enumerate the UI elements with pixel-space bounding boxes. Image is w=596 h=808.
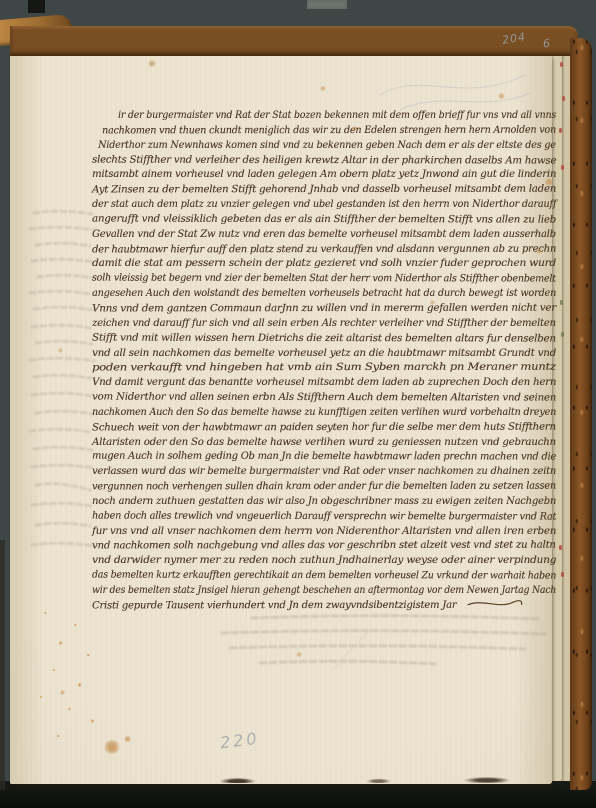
manuscript-line: wir des bemelten statz Jnsigel hieran ge… (92, 584, 556, 599)
gutter-shadow (0, 540, 5, 790)
manuscript-line: solh vleissig bet begern vnd zier der be… (92, 272, 556, 288)
foxing-stain (320, 86, 326, 91)
adjacent-page-number: 6 (542, 37, 550, 51)
green-edge-mark (560, 300, 563, 305)
foxing-stain (148, 60, 156, 67)
red-edge-mark (561, 572, 564, 577)
manuscript-line: Vnd damit vergunt das benantte vorheusel… (92, 376, 556, 391)
manuscript-line: Ayt Zinsen zu der bemelten Stifft gehore… (92, 183, 556, 199)
foxing-stain (498, 93, 505, 99)
manuscript-line: damit die stat am pessern schein der pla… (92, 257, 556, 272)
manuscript-line: vnd all sein nachkomen das bemelte vorhe… (92, 347, 556, 362)
red-edge-mark (559, 128, 562, 133)
foxing-stain (124, 736, 131, 742)
manuscript-line: slechts Stiffther vnd verleiher des heil… (92, 153, 556, 169)
foxing-stain (536, 248, 542, 254)
manuscript-line: nachkomen vnd thuen ckundt meniglich das… (92, 123, 556, 139)
line-end-flourish (466, 598, 524, 608)
red-edge-mark (560, 62, 563, 67)
red-edge-mark (562, 96, 565, 101)
red-edge-mark (559, 545, 562, 550)
manuscript-line: ir der burgermaister vnd Rat der Stat bo… (92, 109, 556, 124)
manuscript-line: zeichen vnd darauff fur sich vnd all sei… (92, 317, 556, 332)
foxing-stain (430, 300, 435, 305)
manuscript-line: der stat auch dem platz zu vnzier gelege… (92, 198, 556, 213)
manuscript-line: Altaristen oder den So das bemelte hawse… (92, 436, 556, 451)
book-bottom-shadow (0, 781, 596, 808)
manuscript-line: Gevallen vnd der Stat Zw nutz vnd eren d… (92, 228, 556, 243)
manuscript-line: angerufft vnd vleissiklich gebeten das e… (92, 212, 556, 228)
manuscript-line: Niderthor zum Newnhaws komen sind vnd zu… (92, 139, 556, 154)
manuscript-line: verlassen wurd das wir bemelte burgermai… (92, 465, 556, 480)
page-bottom-edge (10, 774, 552, 783)
manuscript-line: nachkomen Auch den So das bemelte hawse … (92, 406, 556, 421)
manuscript-line: fur vns vnd all vnser nachkomen dem herr… (92, 525, 556, 540)
text-block: ir der burgermaister vnd Rat der Stat bo… (92, 109, 556, 617)
green-edge-mark (561, 332, 564, 337)
manuscript-line: der haubtmawr hierfur auff den platz ste… (92, 242, 556, 258)
foxing-stain (545, 178, 553, 186)
manuscript-line: Schuech weit von der hawbtmawr an paiden… (92, 420, 556, 436)
foxing-stain (58, 348, 63, 353)
foxing-speckle-cluster (28, 598, 114, 748)
manuscript-line: noch andern zuthuen gestatten das wir al… (92, 495, 556, 510)
manuscript-line: Vnns vnd dem gantzen Commaun darJnn zu w… (92, 302, 556, 318)
leather-fore-edge (570, 38, 592, 790)
foxing-stain (352, 126, 357, 131)
manuscript-line: mitsambt ainem vorheusel vnd laden geleg… (92, 168, 556, 183)
red-edge-mark (561, 165, 564, 170)
manuscript-line: das bemelten kurtz erkaufften gerechtika… (92, 569, 556, 585)
manuscript-line: vom Niderthor vnd allen seinen erbn Als … (92, 391, 556, 407)
manuscript-line: vnd nachkomen solh nachgebung vnd alles … (92, 539, 556, 555)
manuscript-line: mugen Auch in solhem geding Ob man Jn di… (92, 450, 556, 466)
manuscript-line: Cristi gepurde Tausent vierhundert vnd J… (92, 598, 556, 614)
showthrough-below-text (140, 612, 550, 676)
manuscript-line: angesehen Auch den wolstandt des bemelte… (92, 287, 556, 302)
tape-fragment (307, 0, 347, 9)
manuscript-line: poden verkaufft vnd hingeben hat vmb ain… (92, 361, 556, 377)
manuscript-line: vergunnen noch verhengen sullen dhain kr… (92, 480, 556, 496)
foxing-stain (296, 652, 302, 657)
manuscript-line: haben doch alles trewlich vnd vngeuerlic… (92, 509, 556, 525)
manuscript-line: vnd darwider nymer mer zu reden noch zut… (92, 554, 556, 569)
manuscript-photo: W ir der burgermaister vnd Rat der Stat … (0, 0, 596, 808)
manuscript-line: Stifft vnd mit willen wissen hern Dietri… (92, 331, 556, 347)
